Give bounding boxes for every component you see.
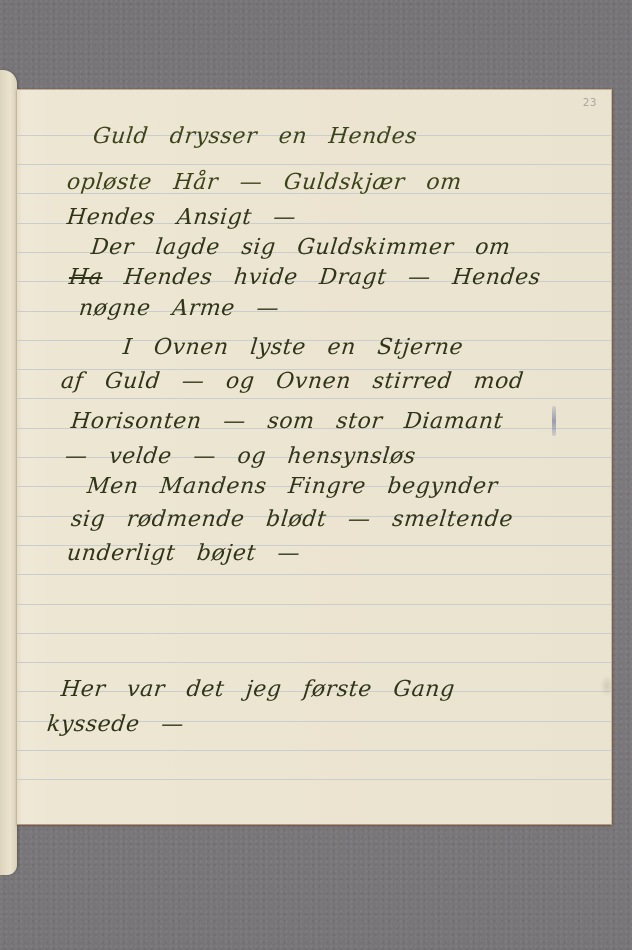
notebook-page: 23 Guld drysser en Hendes opløste Hår — … <box>17 89 612 825</box>
manuscript-line: underligt bøjet — <box>66 541 302 566</box>
manuscript-line: Ha Hendes hvide Dragt — Hendes <box>68 265 542 290</box>
manuscript-line: kyssede — <box>46 712 185 737</box>
rule-line <box>17 574 611 575</box>
rule-line <box>17 779 611 780</box>
line-text: Hendes hvide Dragt — Hendes <box>123 265 542 290</box>
manuscript-line: opløste Hår — Guldskjær om <box>66 170 463 195</box>
paper-smudge <box>600 675 612 697</box>
struck-word: Ha <box>68 265 104 290</box>
manuscript-line: I Ovnen lyste en Stjerne <box>122 335 465 360</box>
manuscript-line: Hendes Ansigt — <box>66 205 298 230</box>
rule-line <box>17 662 611 663</box>
pencil-mark <box>552 406 556 436</box>
page-number: 23 <box>583 96 597 109</box>
manuscript-line: Men Mandens Fingre begynder <box>86 474 499 499</box>
manuscript-line: Guld drysser en Hendes <box>92 124 419 149</box>
manuscript-line: — velde — og hensynsløs <box>64 444 417 469</box>
rule-line <box>17 164 611 165</box>
rule-line <box>17 604 611 605</box>
manuscript-line: af Guld — og Ovnen stirred mod <box>60 369 525 394</box>
rule-line <box>17 398 611 399</box>
manuscript-line: Der lagde sig Guldskimmer om <box>90 235 512 260</box>
manuscript-line: sig rødmende blødt — smeltende <box>70 507 515 532</box>
previous-page-edge <box>0 70 17 875</box>
manuscript-line: nøgne Arme — <box>78 296 281 321</box>
rule-line <box>17 633 611 634</box>
manuscript-line: Horisonten — som stor Diamant <box>70 409 505 434</box>
manuscript-line: Her var det jeg første Gang <box>60 677 456 702</box>
rule-line <box>17 750 611 751</box>
